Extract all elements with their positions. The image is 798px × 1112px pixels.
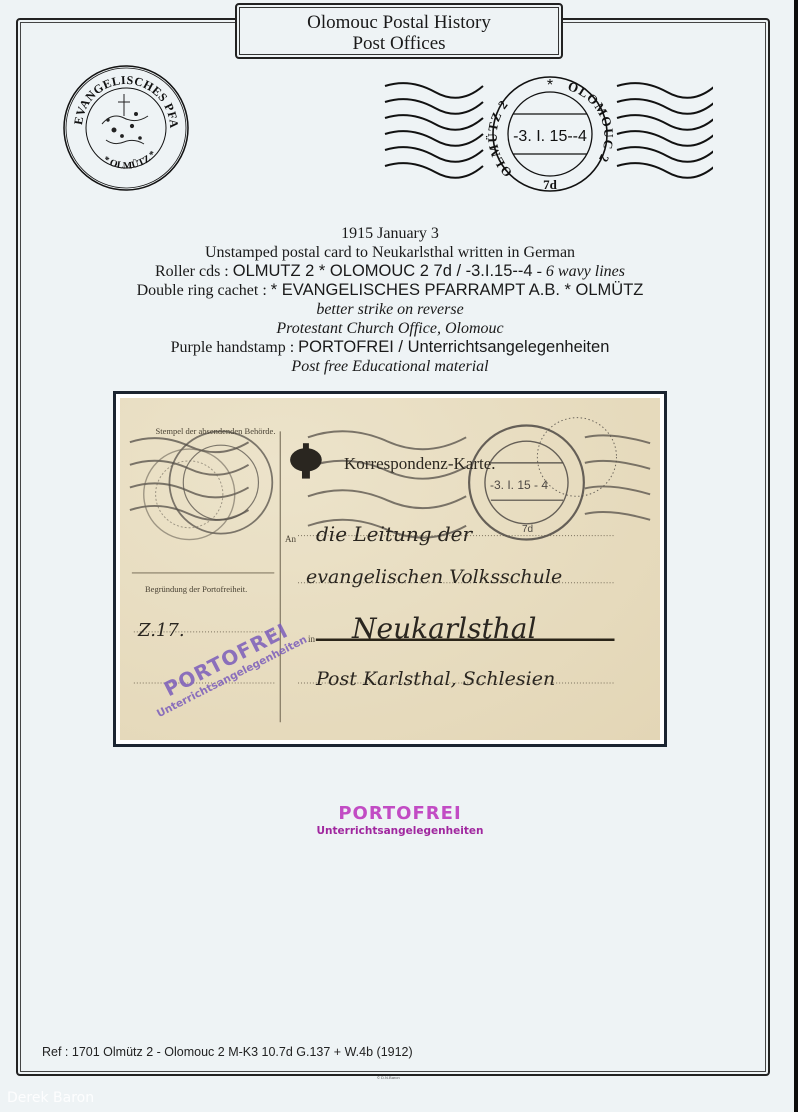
roller-note: - 6 wavy lines (533, 263, 625, 280)
postal-card: Stempel der absendenden Behörde. Korresp… (120, 398, 660, 740)
description-block: 1915 January 3 Unstamped postal card to … (0, 224, 780, 376)
postal-card-frame: Stempel der absendenden Behörde. Korresp… (113, 391, 667, 747)
handstamp-label: Purple handstamp : (171, 339, 299, 356)
roller-bottom: 7d (543, 177, 558, 192)
roller-label: Roller cds : (155, 263, 233, 280)
svg-text:* OLMÜTZ *: * OLMÜTZ * (101, 149, 159, 172)
description-date: 1915 January 3 (0, 224, 780, 243)
scan-edge (794, 0, 798, 1112)
description-handstamp: Purple handstamp : PORTOFREI / Unterrich… (0, 338, 780, 357)
austrian-eagle-icon (290, 443, 322, 478)
an-label: An (285, 534, 296, 544)
portofrei-stamp-example: PORTOFREI Unterrichtsangelegenheiten (300, 803, 500, 837)
portofrei-example-line1: PORTOFREI (300, 803, 500, 824)
address-line-1: die Leitung der (316, 522, 472, 546)
copyright-text: © D.N.Baron (377, 1075, 400, 1080)
card-postmark-bottom: 7d (522, 524, 533, 535)
stempel-label: Stempel der absendenden Behörde. (153, 426, 278, 436)
page-subtitle: Post Offices (237, 33, 561, 54)
reference-text: Ref : 1701 Olmütz 2 - Olomouc 2 M-K3 10.… (42, 1045, 413, 1059)
card-title: Korrespondenz-Karte. (344, 454, 496, 474)
roller-value: OLMUTZ 2 * OLOMOUC 2 7d / -3.I.15--4 (233, 262, 533, 280)
svg-text:EVANGELISCHES PFARRAMT A.B.: EVANGELISCHES PFARRAMT A.B. (62, 64, 181, 129)
begruendung-label: Begründung der Portofreiheit. (145, 584, 247, 594)
in-label: in (308, 634, 315, 644)
roller-date: -3. I. 15--4 (513, 128, 587, 145)
page-title: Olomouc Postal History (237, 12, 561, 33)
description-cachet: Double ring cachet : * EVANGELISCHES PFA… (0, 281, 780, 300)
cachet-value: * EVANGELISCHES PFARRAMPT A.B. * OLMÜTZ (271, 281, 644, 299)
cachet-label: Double ring cachet : (137, 282, 271, 299)
watermark: Derek Baron (7, 1090, 94, 1106)
reference-note: Z.17. (138, 620, 185, 641)
handstamp-value: PORTOFREI / Unterrichtsangelegenheiten (298, 338, 609, 356)
roller-cds-illustration: -3. I. 15--4 * 7d OLMÜTZ 2 OLOMOUC 2 (383, 76, 713, 196)
address-line-2: evangelischen Volksschule (306, 566, 562, 588)
description-summary: Unstamped postal card to Neukarlsthal wr… (0, 243, 780, 262)
description-roller: Roller cds : OLMUTZ 2 * OLOMOUC 2 7d / -… (0, 262, 780, 281)
page-title-box: Olomouc Postal History Post Offices (235, 3, 563, 59)
handstamp-note: Post free Educational material (291, 358, 488, 375)
card-postmark-date: -3. I. 15 - 4 (490, 478, 548, 492)
address-line-4: Post Karlsthal, Schlesien (316, 668, 555, 690)
cachet-ring-text: EVANGELISCHES PFARRAMT A.B. (62, 64, 181, 129)
church-seal-icon (102, 94, 148, 144)
portofrei-example-line2: Unterrichtsangelegenheiten (300, 825, 500, 837)
cachet-bottom-text: * OLMÜTZ * (101, 149, 159, 172)
cachet-note-translation: Protestant Church Office, Olomouc (276, 320, 503, 337)
cachet-note-reverse: better strike on reverse (316, 301, 463, 318)
roller-star: * (547, 77, 553, 94)
address-line-3: Neukarlsthal (352, 612, 536, 645)
cachet-illustration: EVANGELISCHES PFARRAMT A.B. * OLMÜTZ * (62, 64, 190, 192)
